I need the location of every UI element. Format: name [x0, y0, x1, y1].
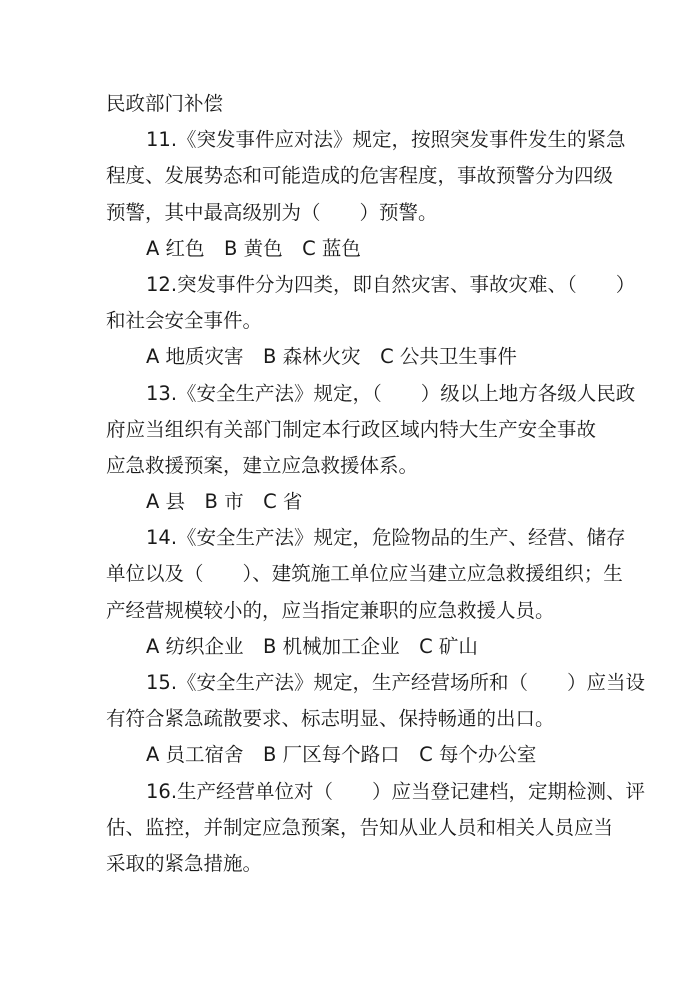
question-15-line: 15.《安全生产法》规定，生产经营场所和（ ）应当设	[106, 665, 596, 701]
text-line: 程度、发展势态和可能造成的危害程度，事故预警分为四级	[106, 158, 596, 194]
text-line: 府应当组织有关部门制定本行政区域内特大生产安全事故	[106, 412, 596, 448]
question-12-line: 12.突发事件分为四类，即自然灾害、事故灾难、（ ）	[106, 267, 596, 303]
question-13-line: 13.《安全生产法》规定，（ ）级以上地方各级人民政	[106, 376, 596, 412]
question-15-options: A 员工宿舍 B 厂区每个路口 C 每个办公室	[106, 737, 596, 773]
document-page: 民政部门补偿 11.《突发事件应对法》规定，按照突发事件发生的紧急 程度、发展势…	[106, 86, 596, 882]
text-line: 民政部门补偿	[106, 86, 596, 122]
question-12-options: A 地质灾害 B 森林火灾 C 公共卫生事件	[106, 339, 596, 375]
text-line: 采取的紧急措施。	[106, 846, 596, 882]
question-16-line: 16.生产经营单位对（ ）应当登记建档，定期检测、评	[106, 774, 596, 810]
question-13-options: A 县 B 市 C 省	[106, 484, 596, 520]
text-line: 预警，其中最高级别为（ ）预警。	[106, 195, 596, 231]
question-14-line: 14.《安全生产法》规定，危险物品的生产、经营、储存	[106, 520, 596, 556]
question-14-options: A 纺织企业 B 机械加工企业 C 矿山	[106, 629, 596, 665]
question-11-options: A 红色 B 黄色 C 蓝色	[106, 231, 596, 267]
text-line: 应急救援预案，建立应急救援体系。	[106, 448, 596, 484]
text-line: 估、监控，并制定应急预案，告知从业人员和相关人员应当	[106, 810, 596, 846]
text-line: 有符合紧急疏散要求、标志明显、保持畅通的出口。	[106, 701, 596, 737]
text-line: 产经营规模较小的，应当指定兼职的应急救援人员。	[106, 593, 596, 629]
question-11-line: 11.《突发事件应对法》规定，按照突发事件发生的紧急	[106, 122, 596, 158]
text-line: 单位以及（ ）、建筑施工单位应当建立应急救援组织；生	[106, 556, 596, 592]
text-line: 和社会安全事件。	[106, 303, 596, 339]
